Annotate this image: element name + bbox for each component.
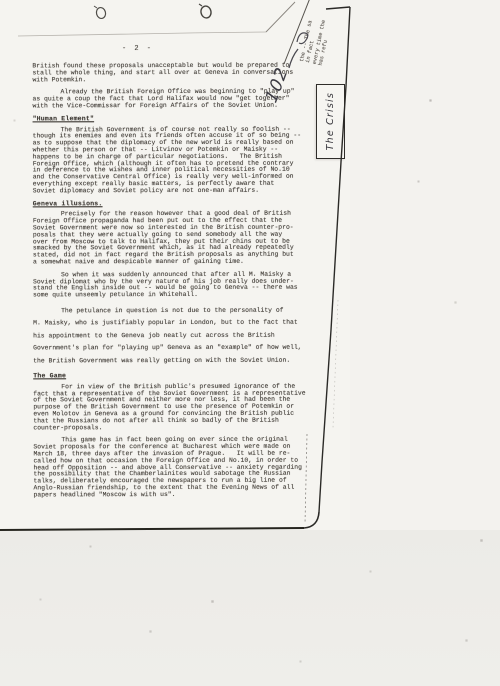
text-line: Government's plan for "playing up" Genev… — [33, 342, 325, 355]
crisis-tab-label: The Crisis — [325, 92, 336, 150]
crisis-tab: The Crisis — [316, 84, 345, 159]
document-body: British found these proposals unacceptab… — [32, 63, 325, 505]
text-line: the British Government was really gettin… — [33, 354, 325, 367]
paragraph: So when it was suddenly announced that a… — [33, 271, 325, 299]
text-line: some quite unseemly petulance in Whiteha… — [33, 292, 325, 300]
text-line: papers headlined "Moscow is with us". — [34, 491, 326, 499]
text-line: Soviet diplomacy and Soviet policy are n… — [33, 187, 325, 195]
section-heading: The Game — [33, 373, 325, 381]
paragraph: For in view of the British public's pres… — [33, 383, 325, 431]
text-line: The petulance in question is not due to … — [33, 305, 325, 318]
scan-noise-specks — [0, 0, 1, 1]
text-line: counter-proposals. — [33, 424, 325, 432]
text-line: a somewhat naive and despicable manner o… — [33, 259, 325, 267]
section-heading: Geneva illusions. — [33, 200, 325, 208]
paragraph: The petulance in question is not due to … — [33, 305, 325, 368]
document-page: - 2 - British found these proposals unac… — [0, 0, 350, 530]
text-line: his appointment to the Geneva job neatly… — [33, 329, 325, 342]
scanner-background — [0, 530, 500, 686]
scanner-margin — [350, 0, 500, 530]
paragraph: Precisely for the reason however that a … — [33, 211, 325, 266]
paragraph: The British Government is of course not … — [33, 126, 325, 195]
page-number: - 2 - — [122, 45, 153, 53]
text-line: M. Maisky, who is justifiably popular in… — [33, 317, 325, 330]
section-heading: "Human Element" — [33, 115, 325, 123]
paragraph: This game has in fact been going on ever… — [33, 437, 325, 499]
